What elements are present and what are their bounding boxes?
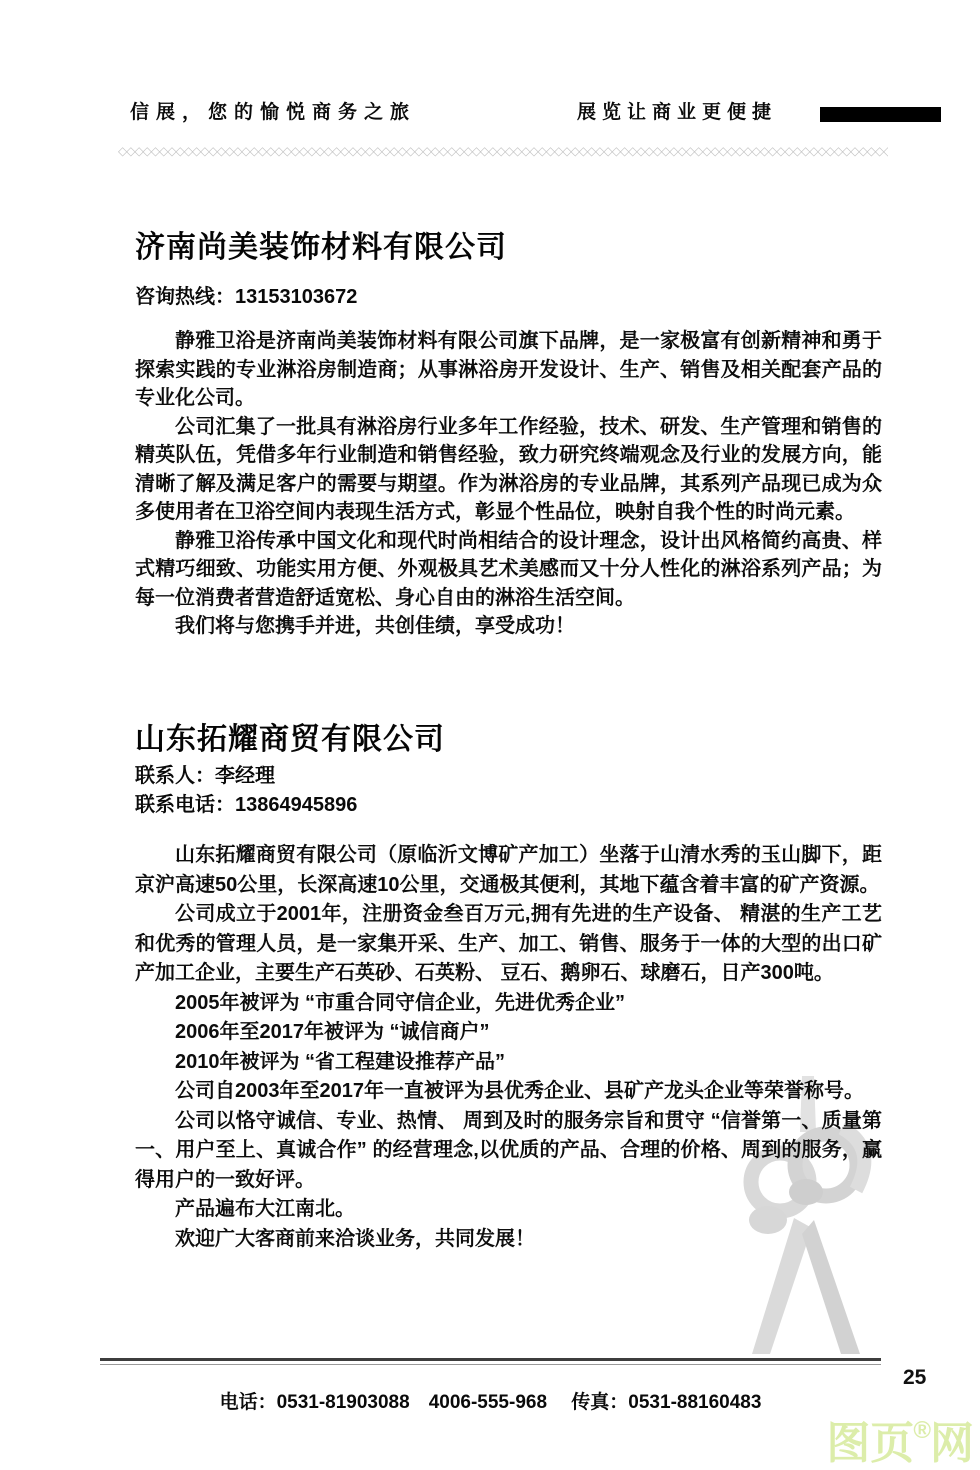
paragraph: 欢迎广大客商前来洽谈业务，共同发展！ (135, 1225, 882, 1255)
watermark-text-right: 网 (930, 1419, 974, 1468)
magazine-page: 信展，您的愉悦商务之旅 展览让商业更便捷 ◇◇◇◇◇◇◇◇◇◇◇◇◇◇◇◇◇◇◇… (0, 0, 980, 1470)
award-line: 2006年至2017年被评为 “诚信商户” (135, 1018, 882, 1048)
paragraph: 产品遍布大江南北。 (135, 1195, 882, 1225)
award-line: 2010年被评为 “省工程建设推荐产品” (135, 1048, 882, 1078)
company-2-contact-person: 联系人：李经理 (135, 759, 275, 788)
page-number: 25 (903, 1366, 926, 1390)
paragraph: 公司以恪守诚信、专业、热情、 周到及时的服务宗旨和贯守 “信誉第一、质量第一、用… (135, 1107, 882, 1196)
company-1-description: 静雅卫浴是济南尚美装饰材料有限公司旗下品牌，是一家极富有创新精神和勇于探索实践的… (135, 327, 882, 641)
company-1-name: 济南尚美装饰材料有限公司 (135, 222, 507, 266)
ornament-divider: ◇◇◇◇◇◇◇◇◇◇◇◇◇◇◇◇◇◇◇◇◇◇◇◇◇◇◇◇◇◇◇◇◇◇◇◇◇◇◇◇… (118, 143, 888, 159)
award-line: 2005年被评为 “市重合同守信企业，先进优秀企业” (135, 989, 882, 1019)
registered-trademark-icon: ® (913, 1419, 931, 1443)
award-line: 公司自2003年至2017年一直被评为县优秀企业、县矿产龙头企业等荣誉称号。 (135, 1077, 882, 1107)
company-1-hotline: 咨询热线：13153103672 (135, 280, 357, 309)
footer-rule (100, 1358, 881, 1365)
company-2-description: 山东拓耀商贸有限公司（原临沂文博矿产加工）坐落于山清水秀的玉山脚下，距京沪高速5… (135, 841, 882, 1254)
paragraph: 静雅卫浴是济南尚美装饰材料有限公司旗下品牌，是一家极富有创新精神和勇于探索实践的… (135, 327, 882, 413)
paragraph: 公司成立于2001年，注册资金叁百万元,拥有先进的生产设备、 精湛的生产工艺和优… (135, 900, 882, 989)
header-slogan-right: 展览让商业更便捷 (577, 97, 777, 124)
paragraph: 公司汇集了一批具有淋浴房行业多年工作经验，技术、研发、生产管理和销售的精英队伍，… (135, 413, 882, 527)
paragraph: 山东拓耀商贸有限公司（原临沂文博矿产加工）坐落于山清水秀的玉山脚下，距京沪高速5… (135, 841, 882, 900)
watermark-logo: 图页®网 (826, 1422, 974, 1466)
header-black-bar (820, 107, 941, 122)
company-2-contact-phone: 联系电话：13864945896 (135, 788, 357, 817)
company-2-name: 山东拓耀商贸有限公司 (135, 714, 445, 758)
footer-contact-line: 电话：0531-81903088 4006-555-968 传真：0531-88… (100, 1387, 881, 1414)
paragraph: 我们将与您携手并进，共创佳绩，享受成功！ (135, 612, 882, 641)
paragraph: 静雅卫浴传承中国文化和现代时尚相结合的设计理念，设计出风格简约高贵、样式精巧细致… (135, 527, 882, 613)
header-slogan-left: 信展，您的愉悦商务之旅 (130, 97, 416, 124)
watermark-text-left: 图页 (826, 1419, 914, 1468)
